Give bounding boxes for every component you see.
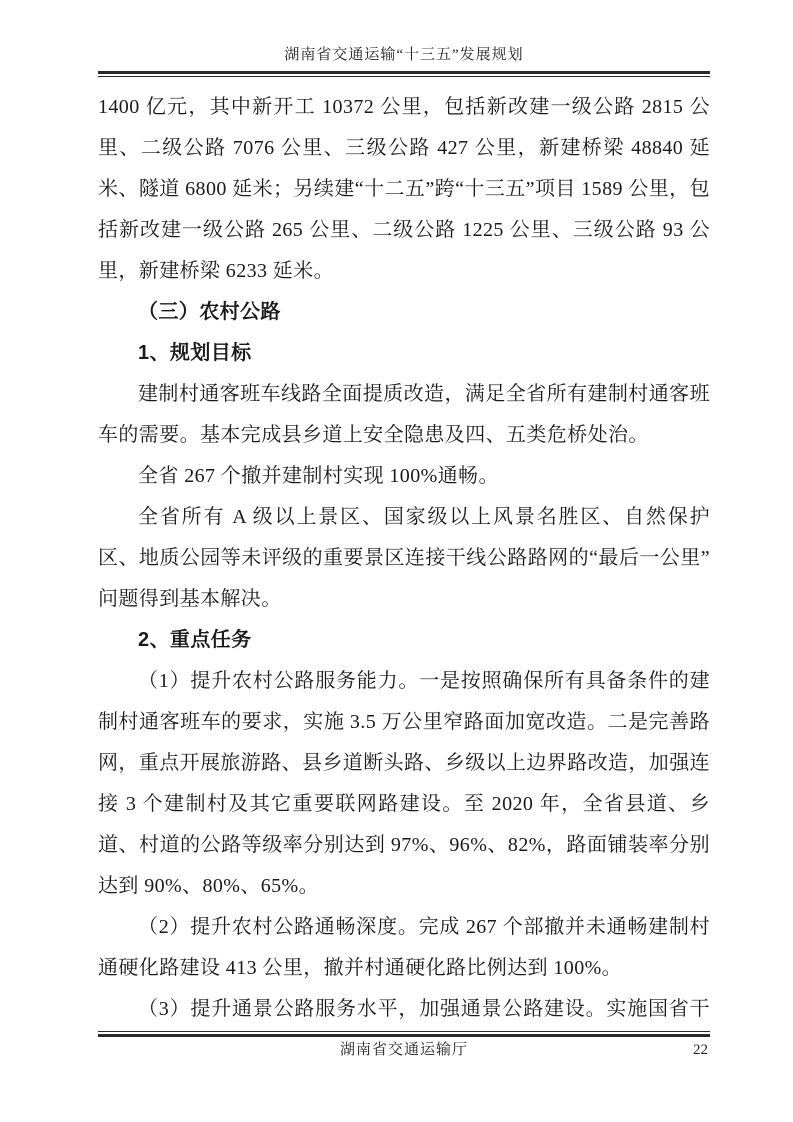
footer-rule xyxy=(98,1031,710,1037)
body-paragraph: （1）提升农村公路服务能力。一是按照确保所有具备条件的建制村通客班车的要求，实施… xyxy=(98,661,710,907)
header-rule xyxy=(98,71,710,77)
body-paragraph: 全省 267 个撤并建制村实现 100%通畅。 xyxy=(98,456,710,497)
subsection-heading-key-tasks: 2、重点任务 xyxy=(98,620,710,661)
footer-rule-thick-line xyxy=(98,1034,710,1037)
subsection-heading-planning-goals: 1、规划目标 xyxy=(98,333,710,374)
body-paragraph-cutoff: （3）提升通景公路服务水平，加强通景公路建设。实施国省干线、高速公路联络线与景区… xyxy=(98,989,710,1029)
document-body: 1400 亿元，其中新开工 10372 公里，包括新改建一级公路 2815 公里… xyxy=(98,87,710,1029)
section-heading-rural-roads: （三）农村公路 xyxy=(98,292,710,333)
header-title: 湖南省交通运输“十三五”发展规划 xyxy=(98,45,710,65)
body-paragraph-continuation: 1400 亿元，其中新开工 10372 公里，包括新改建一级公路 2815 公里… xyxy=(98,87,710,292)
document-page: 湖南省交通运输“十三五”发展规划 1400 亿元，其中新开工 10372 公里，… xyxy=(0,0,793,1122)
footer-organization: 湖南省交通运输厅 xyxy=(98,1040,710,1060)
page-header: 湖南省交通运输“十三五”发展规划 xyxy=(98,0,710,77)
page-footer: 湖南省交通运输厅 22 xyxy=(98,1031,710,1060)
body-paragraph: 全省所有 A 级以上景区、国家级以上风景名胜区、自然保护区、地质公园等未评级的重… xyxy=(98,497,710,620)
header-rule-thin-line xyxy=(98,76,710,77)
body-paragraph: （2）提升农村公路通畅深度。完成 267 个部撤并未通畅建制村通硬化路建设 41… xyxy=(98,907,710,989)
body-paragraph: 建制村通客班车线路全面提质改造，满足全省所有建制村通客班车的需要。基本完成县乡道… xyxy=(98,374,710,456)
page-number: 22 xyxy=(693,1040,708,1060)
footer-row: 湖南省交通运输厅 22 xyxy=(98,1040,710,1060)
